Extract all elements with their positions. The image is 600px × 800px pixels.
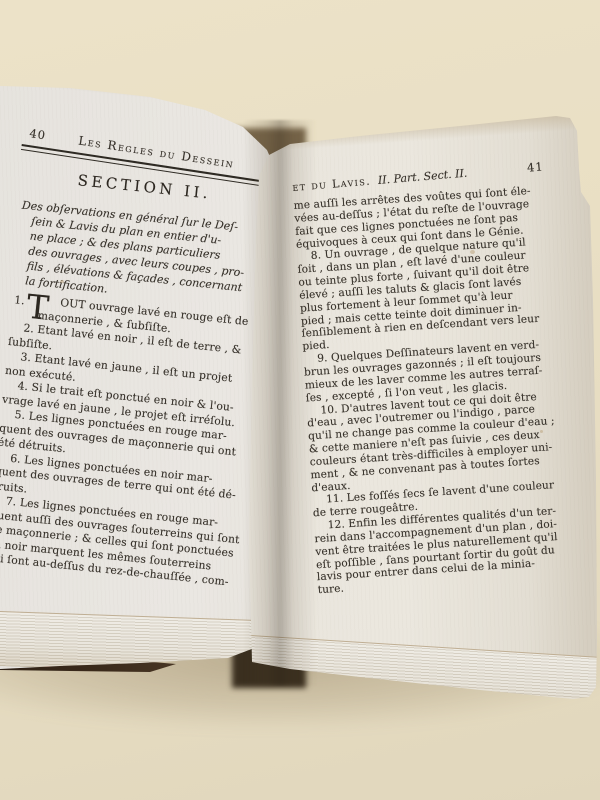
part-section-label: II. Part. Sect. II. [377,166,468,188]
photo-background: 40 Les Regles du Dessein SECTION II. Des… [0,0,600,800]
page-top-edge-shade [0,55,341,122]
right-page-text: et du Lavis. II. Part. Sect. II. 41 me a… [292,164,580,598]
right-body-text: me auſſi les arrêtes des voûtes qui ſont… [293,184,579,598]
item-1-number: 1. [14,293,26,308]
right-page-number: 41 [526,159,544,175]
left-page-text: 40 Les Regles du Dessein SECTION II. Des… [0,126,269,589]
paper-spot [60,280,64,283]
drop-cap-initial: T [25,292,50,324]
left-body-text: 2. Etant lavé en noir , il eſt de terre … [0,320,249,589]
right-running-title: et du Lavis. [292,174,372,195]
paper-spot [540,430,543,433]
paper-spot [470,250,475,254]
